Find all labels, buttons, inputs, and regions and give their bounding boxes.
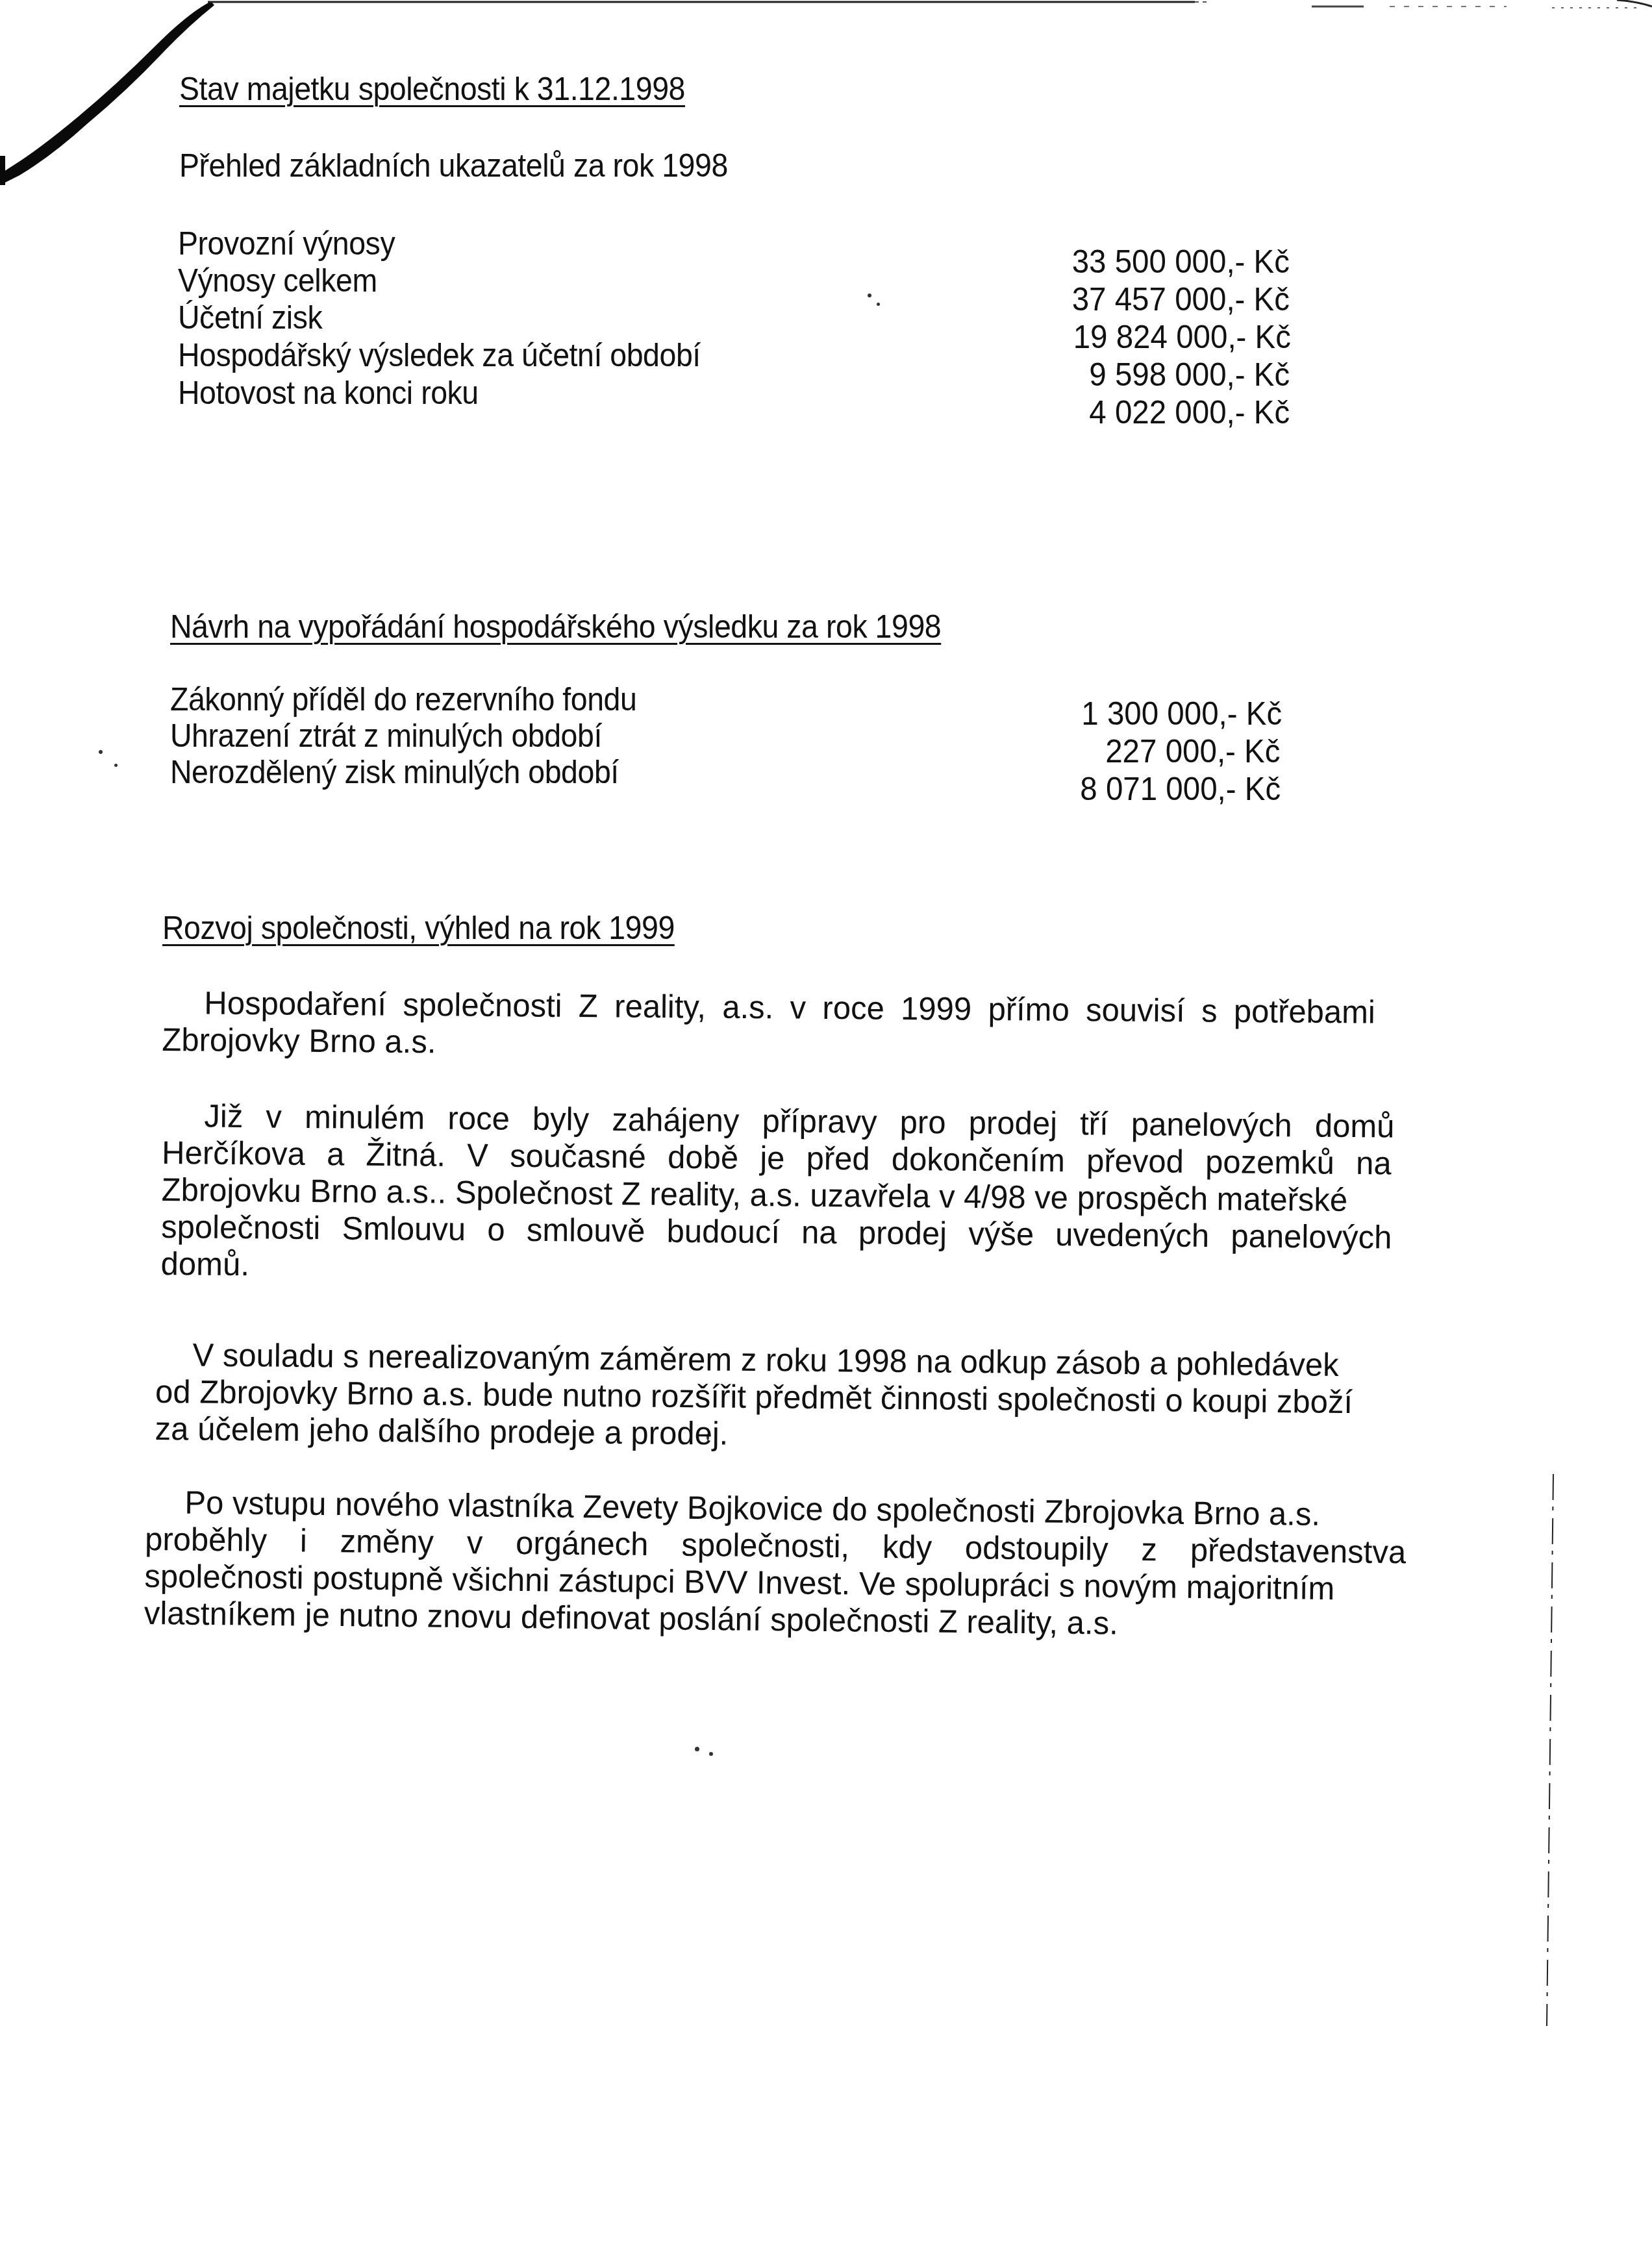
indicator-label: Účetní zisk bbox=[178, 301, 322, 334]
outlook-paragraph: Po vstupu nového vlastníka Zevety Bojkov… bbox=[144, 1484, 1355, 1644]
scan-speck bbox=[114, 764, 118, 767]
indicator-label: Provozní výnosy bbox=[178, 227, 395, 260]
scan-speck bbox=[877, 303, 880, 306]
indicator-label: Hotovost na konci roku bbox=[178, 377, 479, 409]
indicator-value: 19 824 000,- Kč bbox=[1073, 321, 1291, 353]
distribution-heading: Návrh na vypořádání hospodářského výsled… bbox=[170, 610, 941, 643]
outlook-paragraph: Hospodaření společnosti Z reality, a.s. … bbox=[162, 984, 1371, 1068]
indicator-label: Výnosy celkem bbox=[178, 264, 377, 297]
distribution-value: 8 071 000,- Kč bbox=[1080, 773, 1281, 805]
indicator-value: 9 598 000,- Kč bbox=[1089, 358, 1290, 391]
scan-speck bbox=[99, 750, 103, 754]
distribution-value: 1 300 000,- Kč bbox=[1081, 697, 1282, 730]
indicator-value: 4 022 000,- Kč bbox=[1089, 396, 1290, 429]
outlook-heading: Rozvoj společnosti, výhled na rok 1999 bbox=[162, 912, 675, 944]
outlook-paragraph: Již v minulém roce byly zahájeny příprav… bbox=[161, 1097, 1371, 1293]
distribution-label: Uhrazení ztrát z minulých období bbox=[170, 719, 602, 752]
scan-speck bbox=[868, 294, 871, 297]
distribution-label: Nerozdělený zisk minulých období bbox=[170, 756, 619, 788]
indicator-label: Hospodářský výsledek za účetní období bbox=[178, 339, 701, 371]
right-edge-line bbox=[1539, 1474, 1558, 2026]
top-edge-line bbox=[208, 0, 1652, 19]
document-title: Stav majetku společnosti k 31.12.1998 bbox=[179, 73, 685, 105]
distribution-label: Zákonný příděl do rezervního fondu bbox=[170, 683, 636, 716]
distribution-value: 227 000,- Kč bbox=[1106, 735, 1281, 768]
scan-speck bbox=[709, 1752, 713, 1756]
indicator-value: 37 457 000,- Kč bbox=[1072, 283, 1290, 316]
scanned-page: Stav majetku společnosti k 31.12.1998 Př… bbox=[0, 0, 1652, 2252]
indicator-value: 33 500 000,- Kč bbox=[1072, 245, 1290, 278]
outlook-paragraph: V souladu s nerealizovaným záměrem z rok… bbox=[155, 1336, 1365, 1458]
scan-speck bbox=[695, 1747, 699, 1751]
indicators-heading: Přehled základních ukazatelů za rok 1998 bbox=[179, 149, 728, 182]
